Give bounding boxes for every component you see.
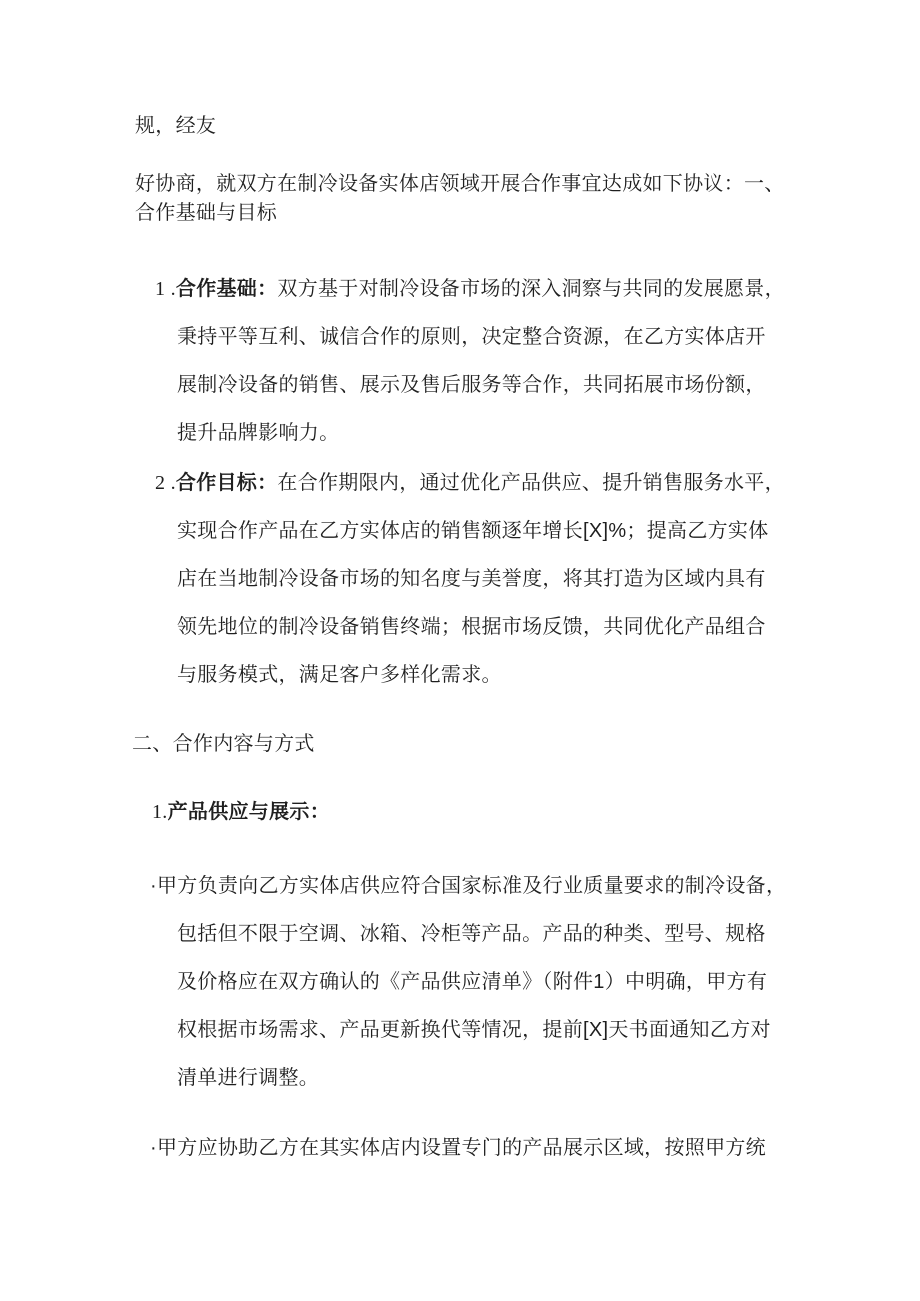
numbered-item-1: 1 .合作基础：双方基于对制冷设备市场的深入洞察与共同的发展愿景， 秉持平等互利…	[177, 265, 877, 457]
bullet-2-text: 甲方应协助乙方在其实体店内设置专门的产品展示区域，按照甲方统	[157, 1137, 766, 1159]
numbered-item-1-marker: 1 .	[155, 278, 176, 300]
bullet-item-1: ·甲方负责向乙方实体店供应符合国家标准及行业质量要求的制冷设备， 包括但不限于空…	[177, 862, 877, 1102]
numbered-item-1-body: 双方基于对制冷设备市场的深入洞察与共同的发展愿景， 秉持平等互利、诚信合作的原则…	[177, 278, 785, 444]
document-page: 规，经友 好协商，就双方在制冷设备实体店领域开展合作事宜达成如下协议：一、 合作…	[0, 0, 920, 1301]
bullet-item-2: ·甲方应协助乙方在其实体店内设置专门的产品展示区域，按照甲方统	[177, 1124, 877, 1172]
subsection-marker: 1.	[152, 801, 168, 823]
bullet-2-dot-icon: ·	[150, 1137, 157, 1159]
subsection-heading: 1.产品供应与展示：	[152, 798, 852, 827]
numbered-item-2: 2 .合作目标：在合作期限内，通过优化产品供应、提升销售服务水平， 实现合作产品…	[177, 459, 877, 699]
section-2-heading: 二、合作内容与方式	[132, 730, 832, 759]
subsection-title: 产品供应与展示：	[168, 801, 330, 823]
bullet-1-text: 甲方负责向乙方实体店供应符合国家标准及行业质量要求的制冷设备， 包括但不限于空调…	[157, 875, 786, 1089]
paragraph-fragment-top: 规，经友	[135, 0, 835, 141]
numbered-item-2-marker: 2 .	[155, 472, 176, 494]
intro-paragraph: 好协商，就双方在制冷设备实体店领域开展合作事宜达成如下协议：一、 合作基础与目标	[135, 170, 835, 228]
numbered-item-1-title: 合作基础：	[176, 278, 278, 300]
bullet-1-dot-icon: ·	[150, 875, 157, 897]
numbered-item-2-body: 在合作期限内，通过优化产品供应、提升销售服务水平， 实现合作产品在乙方实体店的销…	[177, 472, 785, 686]
numbered-item-2-title: 合作目标：	[176, 472, 278, 494]
